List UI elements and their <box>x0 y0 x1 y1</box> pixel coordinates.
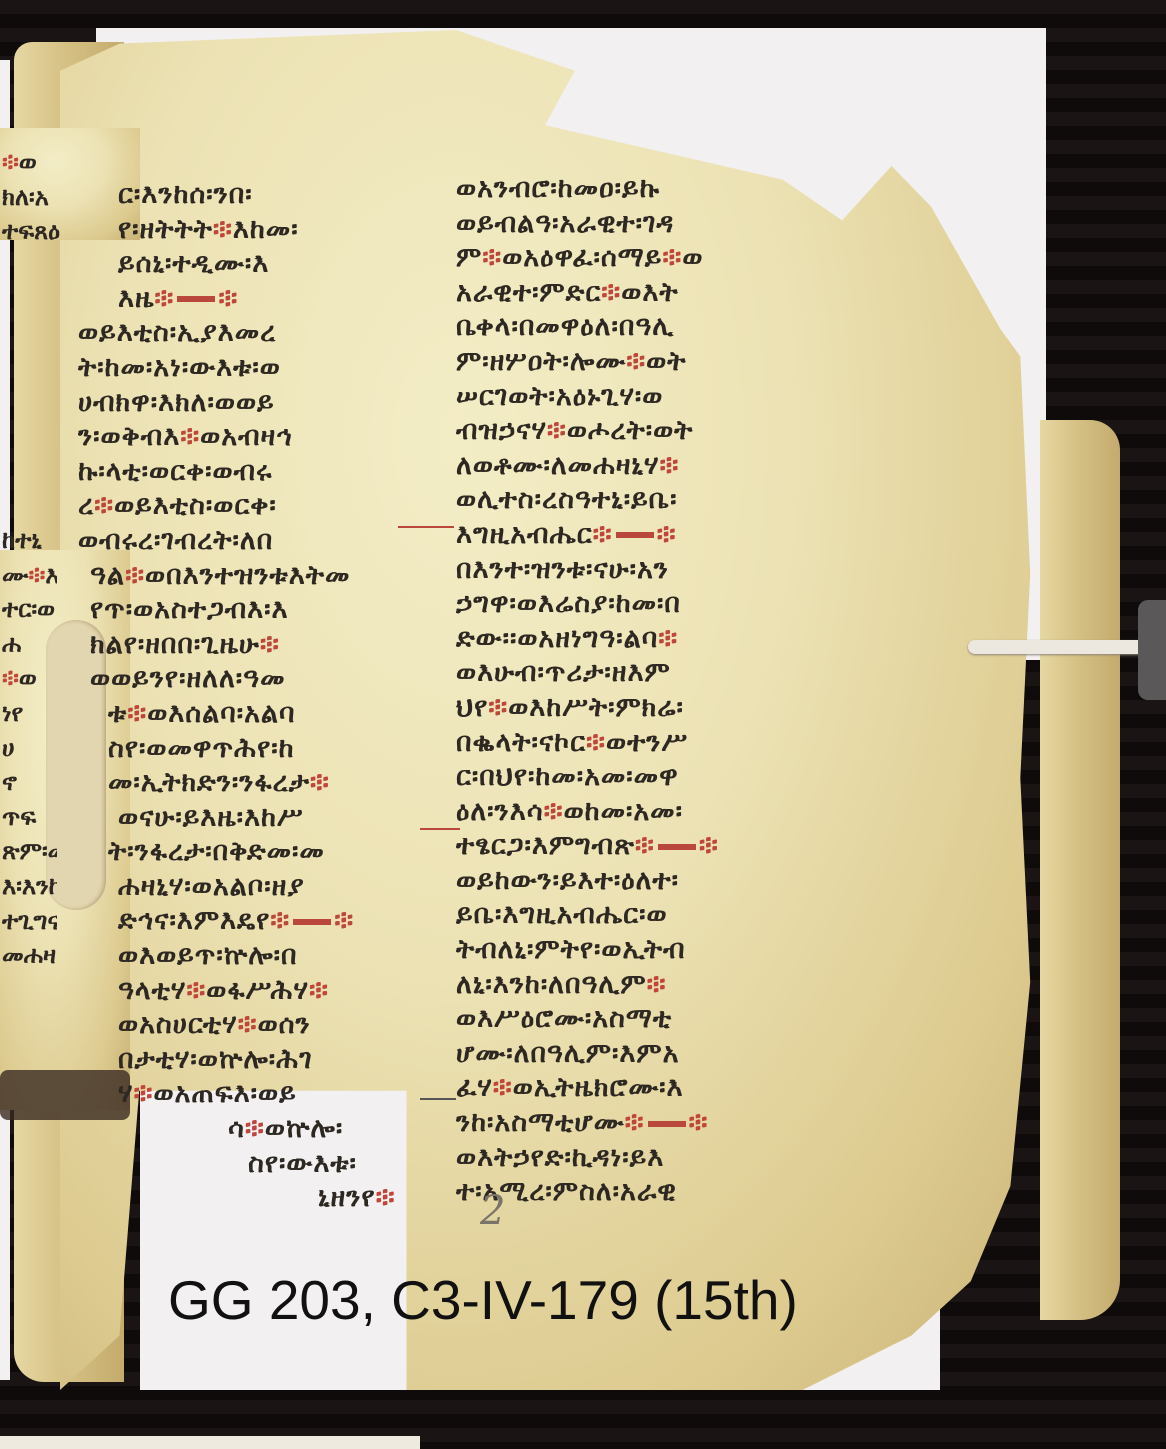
text-line: ስየ፡ውእቱ፡ <box>78 1147 408 1182</box>
text-line: ወአንብሮ፡ከመዐ፡ይኩ <box>456 172 816 207</box>
text-line: ወሊተስ፡ረስዓተኒ፡ይቤ፡ <box>456 483 816 518</box>
rubric-divider-icon: ፨ <box>493 1072 513 1103</box>
text-line: ቤቀላ፡በመዋዕለ፡በዓሊ <box>456 310 816 345</box>
rubric-divider-icon: ፨ <box>125 560 145 591</box>
text-line: ወእሥዕሮሙ፡አስማቲ <box>456 1002 816 1037</box>
rubric-divider-icon: ፨ <box>245 1113 265 1144</box>
text-line: ር፡እንከሰ፡ንበ፡ <box>78 178 408 213</box>
rubric-divider-icon: ፨ <box>699 830 719 861</box>
rubric-divider-icon: ፨ <box>647 969 667 1000</box>
text-line: ህየ፨ወእከሥት፡ምክሬ፡ <box>456 691 816 726</box>
text-line: ት፡ከመ፡አነ፡ውእቱ፡ወ <box>78 351 408 386</box>
rubric-divider-icon: ፨ <box>662 242 682 273</box>
text-line: እግዚአብሔር፨፨ <box>456 518 816 553</box>
text-line: በታቲሃ፡ወኵሎ፡ሕገ <box>78 1043 408 1078</box>
rubric-divider-icon: ፨ <box>689 1107 709 1138</box>
text-line: እዜ፨፨ <box>78 282 408 317</box>
text-line: ር፡በህየ፡ከመ፡አመ፡መዋ <box>456 760 816 795</box>
rubric-divider-icon: ፨ <box>482 242 502 273</box>
text-line: ድው፡፡ወአዘነግዓ፡ልባ፨ <box>456 622 816 657</box>
text-line: ወአስሀርቲሃ፨ወሰን <box>78 1008 408 1043</box>
rubric-divider-icon: ፨ <box>657 519 677 550</box>
text-line: ኒዘንየ፨ <box>78 1181 408 1216</box>
folio-number: 2 <box>480 1188 505 1234</box>
rubric-divider-icon: ፨ <box>310 767 330 798</box>
rubric-rule <box>177 296 215 302</box>
rubric-divider-icon: ፨ <box>488 692 508 723</box>
section-marker <box>420 1098 456 1100</box>
text-line: ብዝኃናሃ፨ወሖረት፡ወት <box>456 414 816 449</box>
rubric-divider-icon: ፨ <box>238 1009 258 1040</box>
rubric-divider-icon: ፨ <box>270 905 290 936</box>
rubric-divider-icon: ፨ <box>593 519 613 550</box>
text-line: ለወቶሙ፡ለመሐዛኒሃ፨ <box>456 449 816 484</box>
bottom-white-strip <box>0 1436 420 1449</box>
rubric-divider-icon: ፨ <box>2 148 19 176</box>
text-line: ወእትኃየድ፡ኪዳነ፡ይእ <box>456 1141 816 1176</box>
text-line: ን፡ወቅብእ፨ወአብዛኅ <box>78 420 408 455</box>
text-line: ረ፨ወይእቲስ፡ወርቀ፡ <box>78 489 408 524</box>
text-line: ኩ፡ላቲ፡ወርቀ፡ወብሩ <box>78 455 408 490</box>
text-line: ወይብልዓ፡አራዊተ፡ገዳ <box>456 207 816 242</box>
left-fragment-text-lower: ከተኒ ሙ፨እ ተር፡ወ ሐ ፨ወ ነየ ሀ ኖ ጥፍ ጽም፡መን እ፡እንከ … <box>2 523 57 973</box>
bookmark-strip <box>968 640 1166 654</box>
rubric-divider-icon: ፨ <box>94 490 114 521</box>
text-line: ወእሁብ፡ጥሪታ፡ዘእም <box>456 656 816 691</box>
text-line: ትብለኒ፡ምትየ፡ወኢትብ <box>456 933 816 968</box>
text-line: ሃ፨ወአጠፍእ፡ወይ <box>78 1077 408 1112</box>
text-line: ት፡ንፋረታ፡በቅድመ፡መ <box>78 835 408 870</box>
text-line: ወወይንየ፡ዘለለ፡ዓመ <box>78 662 408 697</box>
rubric-divider-icon: ፨ <box>586 727 606 758</box>
text-line: ዕለ፡ንእሳ፨ወከመ፡አመ፡ <box>456 795 816 830</box>
rubric-divider-icon: ፨ <box>376 1182 396 1213</box>
holder-clip <box>1138 600 1166 700</box>
left-text-column: ር፡እንከሰ፡ንበ፡ የ፡ዘትትት፨እከመ፡ ይሰኒ፡ተዲሙ፡እ እዜ፨፨ ወይ… <box>78 178 408 1216</box>
text-line: ተፄርጋ፡እምግብጽ፨፨ <box>456 829 816 864</box>
text-line: ሳ፨ወኵሎ፡ <box>78 1112 408 1147</box>
rubric-divider-icon: ፨ <box>659 450 679 481</box>
text-line: የጥ፡ወአስተጋብእ፡እ <box>78 593 408 628</box>
text-line: ክልየ፡ዘበበ፡ጊዜሁ፨ <box>78 628 408 663</box>
rubric-divider-icon: ፨ <box>658 623 678 654</box>
rubric-divider-icon: ፨ <box>601 277 621 308</box>
rubric-divider-icon: ፨ <box>626 346 646 377</box>
right-text-column: ወአንብሮ፡ከመዐ፡ይኩ ወይብልዓ፡አራዊተ፡ገዳ ም፨ወአዕዋፈ፡ሰማይ፨ወ… <box>456 172 816 1210</box>
text-line: ሆሙ፡ለበዓሊም፡እምአ <box>456 1037 816 1072</box>
rubric-divider-icon: ፨ <box>260 629 280 660</box>
rubric-rule <box>293 919 331 925</box>
text-line: ኃግዋ፡ወእሬስያ፡ከመ፡በ <box>456 587 816 622</box>
text-line: ወይከውን፡ይእተ፡ዕለተ፡ <box>456 864 816 899</box>
rubric-divider-icon: ፨ <box>180 421 200 452</box>
caption-label: GG 203, C3-IV-179 (15th) <box>168 1268 798 1332</box>
text-line: ሐዛኒሃ፡ወአልቦ፡ዘያ <box>78 870 408 905</box>
text-line: የ፡ዘትትት፨እከመ፡ <box>78 213 408 248</box>
text-line: ወእወይጥ፡ኵሎ፡በ <box>78 939 408 974</box>
text-line: ስየ፡ወመዋጥሕየ፡ከ <box>78 732 408 767</box>
rubric-rule <box>616 532 654 538</box>
text-line: አራዊተ፡ምድር፨ወእት <box>456 276 816 311</box>
text-line: ይሰኒ፡ተዲሙ፡እ <box>78 247 408 282</box>
rubric-divider-icon: ፨ <box>133 1078 153 1109</box>
rubric-divider-icon: ፨ <box>186 975 206 1006</box>
section-marker <box>398 526 454 528</box>
rubric-divider-icon: ፨ <box>635 830 655 861</box>
rubric-divider-icon: ፨ <box>309 975 329 1006</box>
rubric-divider-icon: ፨ <box>213 214 233 245</box>
text-line: ወናሁ፡ይእዜ፡እከሥ <box>78 801 408 836</box>
text-line: ለኒ፡እንከ፡ለበዓሊም፨ <box>456 968 816 1003</box>
text-line: ዓላቲሃ፨ወፋሥሕሃ፨ <box>78 974 408 1009</box>
text-line: በእንተ፡ዝንቱ፡ናሁ፡አን <box>456 553 816 588</box>
text-line: ተ፡አሚረ፡ምስለ፡አራዊ <box>456 1175 816 1210</box>
text-line: ሀብክዋ፡እክለ፡ወወይ <box>78 386 408 421</box>
text-line: ም፨ወአዕዋፈ፡ሰማይ፨ወ <box>456 241 816 276</box>
text-line: ዓል፨ወበእንተዝንቱእትመ <box>78 559 408 594</box>
rubric-divider-icon: ፨ <box>154 283 174 314</box>
text-line: በቈላት፡ናኮር፨ወተንሥ <box>456 726 816 761</box>
text-line: ም፡ዘሦዐት፡ሎሙ፨ወት <box>456 345 816 380</box>
rubric-rule <box>648 1121 686 1127</box>
rubric-divider-icon: ፨ <box>29 561 46 589</box>
rubric-divider-icon: ፨ <box>547 415 567 446</box>
text-line: ወይእቲስ፡ኢያእመረ <box>78 316 408 351</box>
rubric-divider-icon: ፨ <box>2 664 19 692</box>
rubric-divider-icon: ፨ <box>218 283 238 314</box>
text-line: ፈሃ፨ወኢትዜክሮሙ፡እ <box>456 1071 816 1106</box>
text-line: ድኅና፡እምእዴየ፨፨ <box>78 904 408 939</box>
section-marker <box>420 828 460 830</box>
rubric-rule <box>658 844 696 850</box>
rubric-divider-icon: ፨ <box>625 1107 645 1138</box>
text-line: ወብሩረ፡ገብረት፡ለበ <box>78 524 408 559</box>
text-line: ቱ፨ወእሰልባ፡አልባ <box>78 697 408 732</box>
text-line: ሠርገወት፡አዕኑጊሃ፡ወ <box>456 380 816 415</box>
rubric-divider-icon: ፨ <box>127 698 147 729</box>
right-page-edges <box>1040 420 1120 1320</box>
rubric-divider-icon: ፨ <box>334 905 354 936</box>
text-line: ይቤ፡እግዚአብሔር፡ወ <box>456 898 816 933</box>
text-line: መ፡ኢትክድን፡ንፋረታ፨ <box>78 766 408 801</box>
text-line: ንከ፡አስማቲሆሙ፨፨ <box>456 1106 816 1141</box>
rubric-divider-icon: ፨ <box>544 796 564 827</box>
